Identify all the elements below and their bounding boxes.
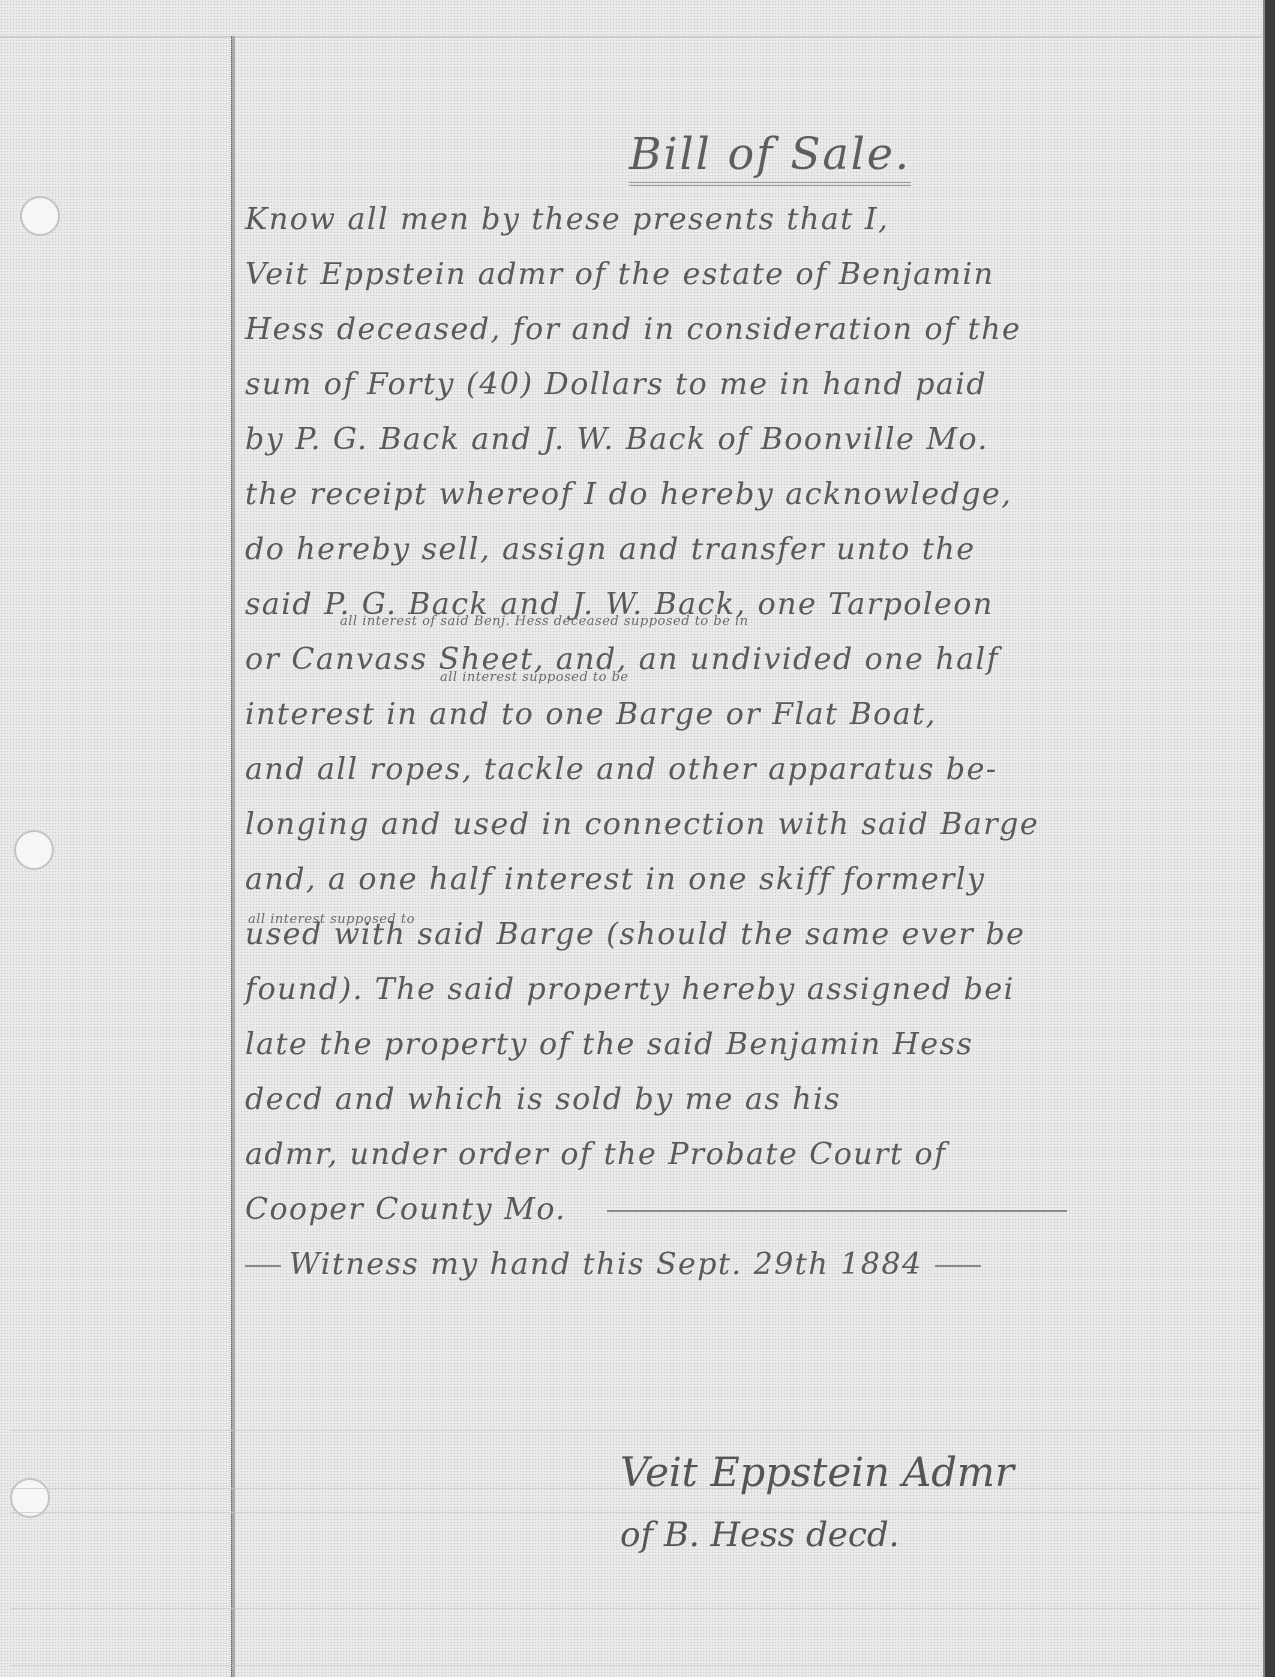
- title-text: Bill of Sale.: [629, 129, 911, 186]
- text-line: Know all men by these presents that I,: [245, 192, 1255, 247]
- text-line: admr, under order of the Probate Court o…: [245, 1127, 1255, 1182]
- closing-text: Cooper County Mo.: [245, 1192, 566, 1227]
- witness-text: Witness my hand this Sept. 29th 1884: [289, 1247, 923, 1282]
- text-line: found). The said property hereby assigne…: [245, 962, 1255, 1017]
- text-line: and, a one half interest in one skiff fo…: [245, 852, 1255, 907]
- hole-punch-icon: [20, 196, 60, 236]
- ruled-line: [10, 1512, 1260, 1513]
- text-line: Cooper County Mo.: [245, 1182, 1255, 1237]
- text-line: by P. G. Back and J. W. Back of Boonvill…: [245, 412, 1255, 467]
- page-top-edge: [0, 36, 1262, 38]
- fill-rule: [935, 1265, 981, 1267]
- ruled-line: [10, 1665, 1260, 1666]
- document-title: Bill of Sale.: [245, 120, 1255, 190]
- interlineation: all interest supposed to: [248, 912, 415, 927]
- text-line: or Canvass Sheet, and, an undivided one …: [245, 632, 1255, 687]
- text-line: decd and which is sold by me as his: [245, 1072, 1255, 1127]
- ruled-line: [10, 1608, 1260, 1609]
- fill-rule: [607, 1210, 1067, 1212]
- hole-punch-icon: [14, 830, 54, 870]
- text-line: Veit Eppstein admr of the estate of Benj…: [245, 247, 1255, 302]
- interlineation: all interest of said Benj. Hess deceased…: [340, 614, 749, 629]
- fill-rule: [245, 1265, 281, 1267]
- text-line: interest in and to one Barge or Flat Boa…: [245, 687, 1255, 742]
- text-line: do hereby sell, assign and transfer unto…: [245, 522, 1255, 577]
- text-line: the receipt whereof I do hereby acknowle…: [245, 467, 1255, 522]
- text-line: sum of Forty (40) Dollars to me in hand …: [245, 357, 1255, 412]
- page-right-edge: [1263, 0, 1275, 1677]
- text-line: late the property of the said Benjamin H…: [245, 1017, 1255, 1072]
- document-body: Bill of Sale. Know all men by these pres…: [245, 120, 1255, 1292]
- text-line: and all ropes, tackle and other apparatu…: [245, 742, 1255, 797]
- witness-line: Witness my hand this Sept. 29th 1884: [245, 1237, 1255, 1292]
- signature-estate: of B. Hess decd.: [620, 1515, 899, 1555]
- text-line: longing and used in connection with said…: [245, 797, 1255, 852]
- document-page: Bill of Sale. Know all men by these pres…: [0, 0, 1275, 1677]
- text-line: Hess deceased, for and in consideration …: [245, 302, 1255, 357]
- signature: Veit Eppstein Admr: [620, 1450, 1014, 1496]
- interlineation: all interest supposed to be: [440, 670, 629, 685]
- ruled-line: [10, 1430, 1260, 1431]
